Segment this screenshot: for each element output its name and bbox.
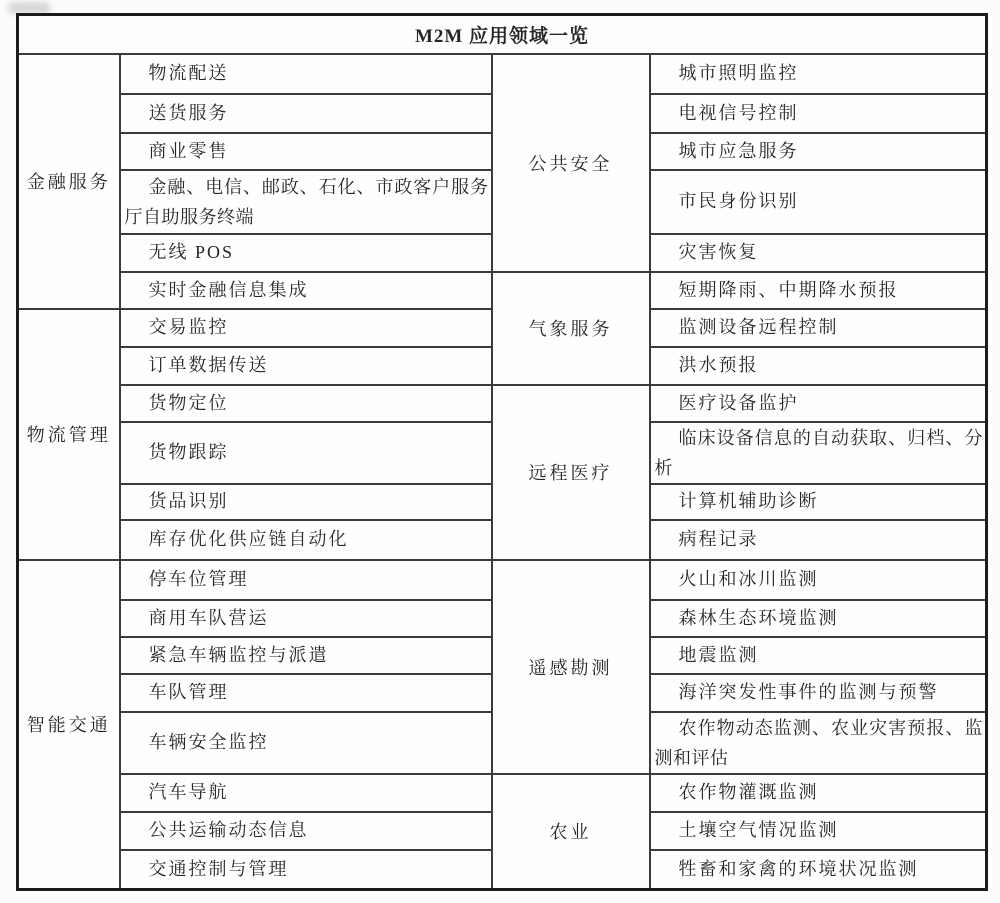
left-item: 汽车导航 (120, 774, 492, 812)
left-item: 无线 POS (120, 234, 492, 272)
table-title: M2M 应用领域一览 (18, 15, 987, 54)
right-item: 病程记录 (650, 520, 987, 560)
m2m-application-table: M2M 应用领域一览 金融服务 物流配送 公共安全 城市照明监控 送货服务 电视… (16, 13, 988, 891)
left-item: 停车位管理 (120, 560, 492, 600)
right-item: 农作物灌溉监测 (650, 774, 987, 812)
left-item: 商业零售 (120, 133, 492, 170)
left-item: 库存优化供应链自动化 (120, 520, 492, 560)
right-item: 短期降雨、中期降水预报 (650, 272, 987, 309)
left-item: 公共运输动态信息 (120, 812, 492, 850)
left-item: 货物定位 (120, 385, 492, 422)
left-category-logistics-management: 物流管理 (18, 309, 120, 560)
right-category-agriculture: 农业 (492, 774, 650, 890)
right-item: 城市照明监控 (650, 54, 987, 94)
left-item: 送货服务 (120, 94, 492, 133)
right-item: 灾害恢复 (650, 234, 987, 272)
right-item: 市民身份识别 (650, 170, 987, 234)
right-item: 城市应急服务 (650, 133, 987, 170)
right-item: 监测设备远程控制 (650, 309, 987, 347)
left-category-finance-services: 金融服务 (18, 54, 120, 309)
left-item: 物流配送 (120, 54, 492, 94)
right-category-public-safety: 公共安全 (492, 54, 650, 272)
right-category-remote-sensing: 遥感勘测 (492, 560, 650, 774)
left-item: 货物跟踪 (120, 422, 492, 484)
right-category-weather-services: 气象服务 (492, 272, 650, 385)
right-item: 临床设备信息的自动获取、归档、分析 (650, 422, 987, 484)
left-item: 交易监控 (120, 309, 492, 347)
right-item: 电视信号控制 (650, 94, 987, 133)
left-item: 实时金融信息集成 (120, 272, 492, 309)
right-item: 海洋突发性事件的监测与预警 (650, 674, 987, 712)
left-item: 紧急车辆监控与派遣 (120, 637, 492, 674)
left-item: 车队管理 (120, 674, 492, 712)
left-item: 商用车队营运 (120, 600, 492, 637)
right-item: 森林生态环境监测 (650, 600, 987, 637)
right-item: 地震监测 (650, 637, 987, 674)
left-item: 交通控制与管理 (120, 850, 492, 890)
left-item: 金融、电信、邮政、石化、市政客户服务厅自助服务终端 (120, 170, 492, 234)
left-item: 货品识别 (120, 484, 492, 520)
left-item: 订单数据传送 (120, 347, 492, 385)
right-item: 计算机辅助诊断 (650, 484, 987, 520)
right-item: 洪水预报 (650, 347, 987, 385)
right-item: 牲畜和家禽的环境状况监测 (650, 850, 987, 890)
right-item: 土壤空气情况监测 (650, 812, 987, 850)
left-item: 车辆安全监控 (120, 712, 492, 774)
right-item: 农作物动态监测、农业灾害预报、监测和评估 (650, 712, 987, 774)
left-category-intelligent-transport: 智能交通 (18, 560, 120, 890)
right-item: 医疗设备监护 (650, 385, 987, 422)
right-item: 火山和冰川监测 (650, 560, 987, 600)
right-category-telemedicine: 远程医疗 (492, 385, 650, 560)
